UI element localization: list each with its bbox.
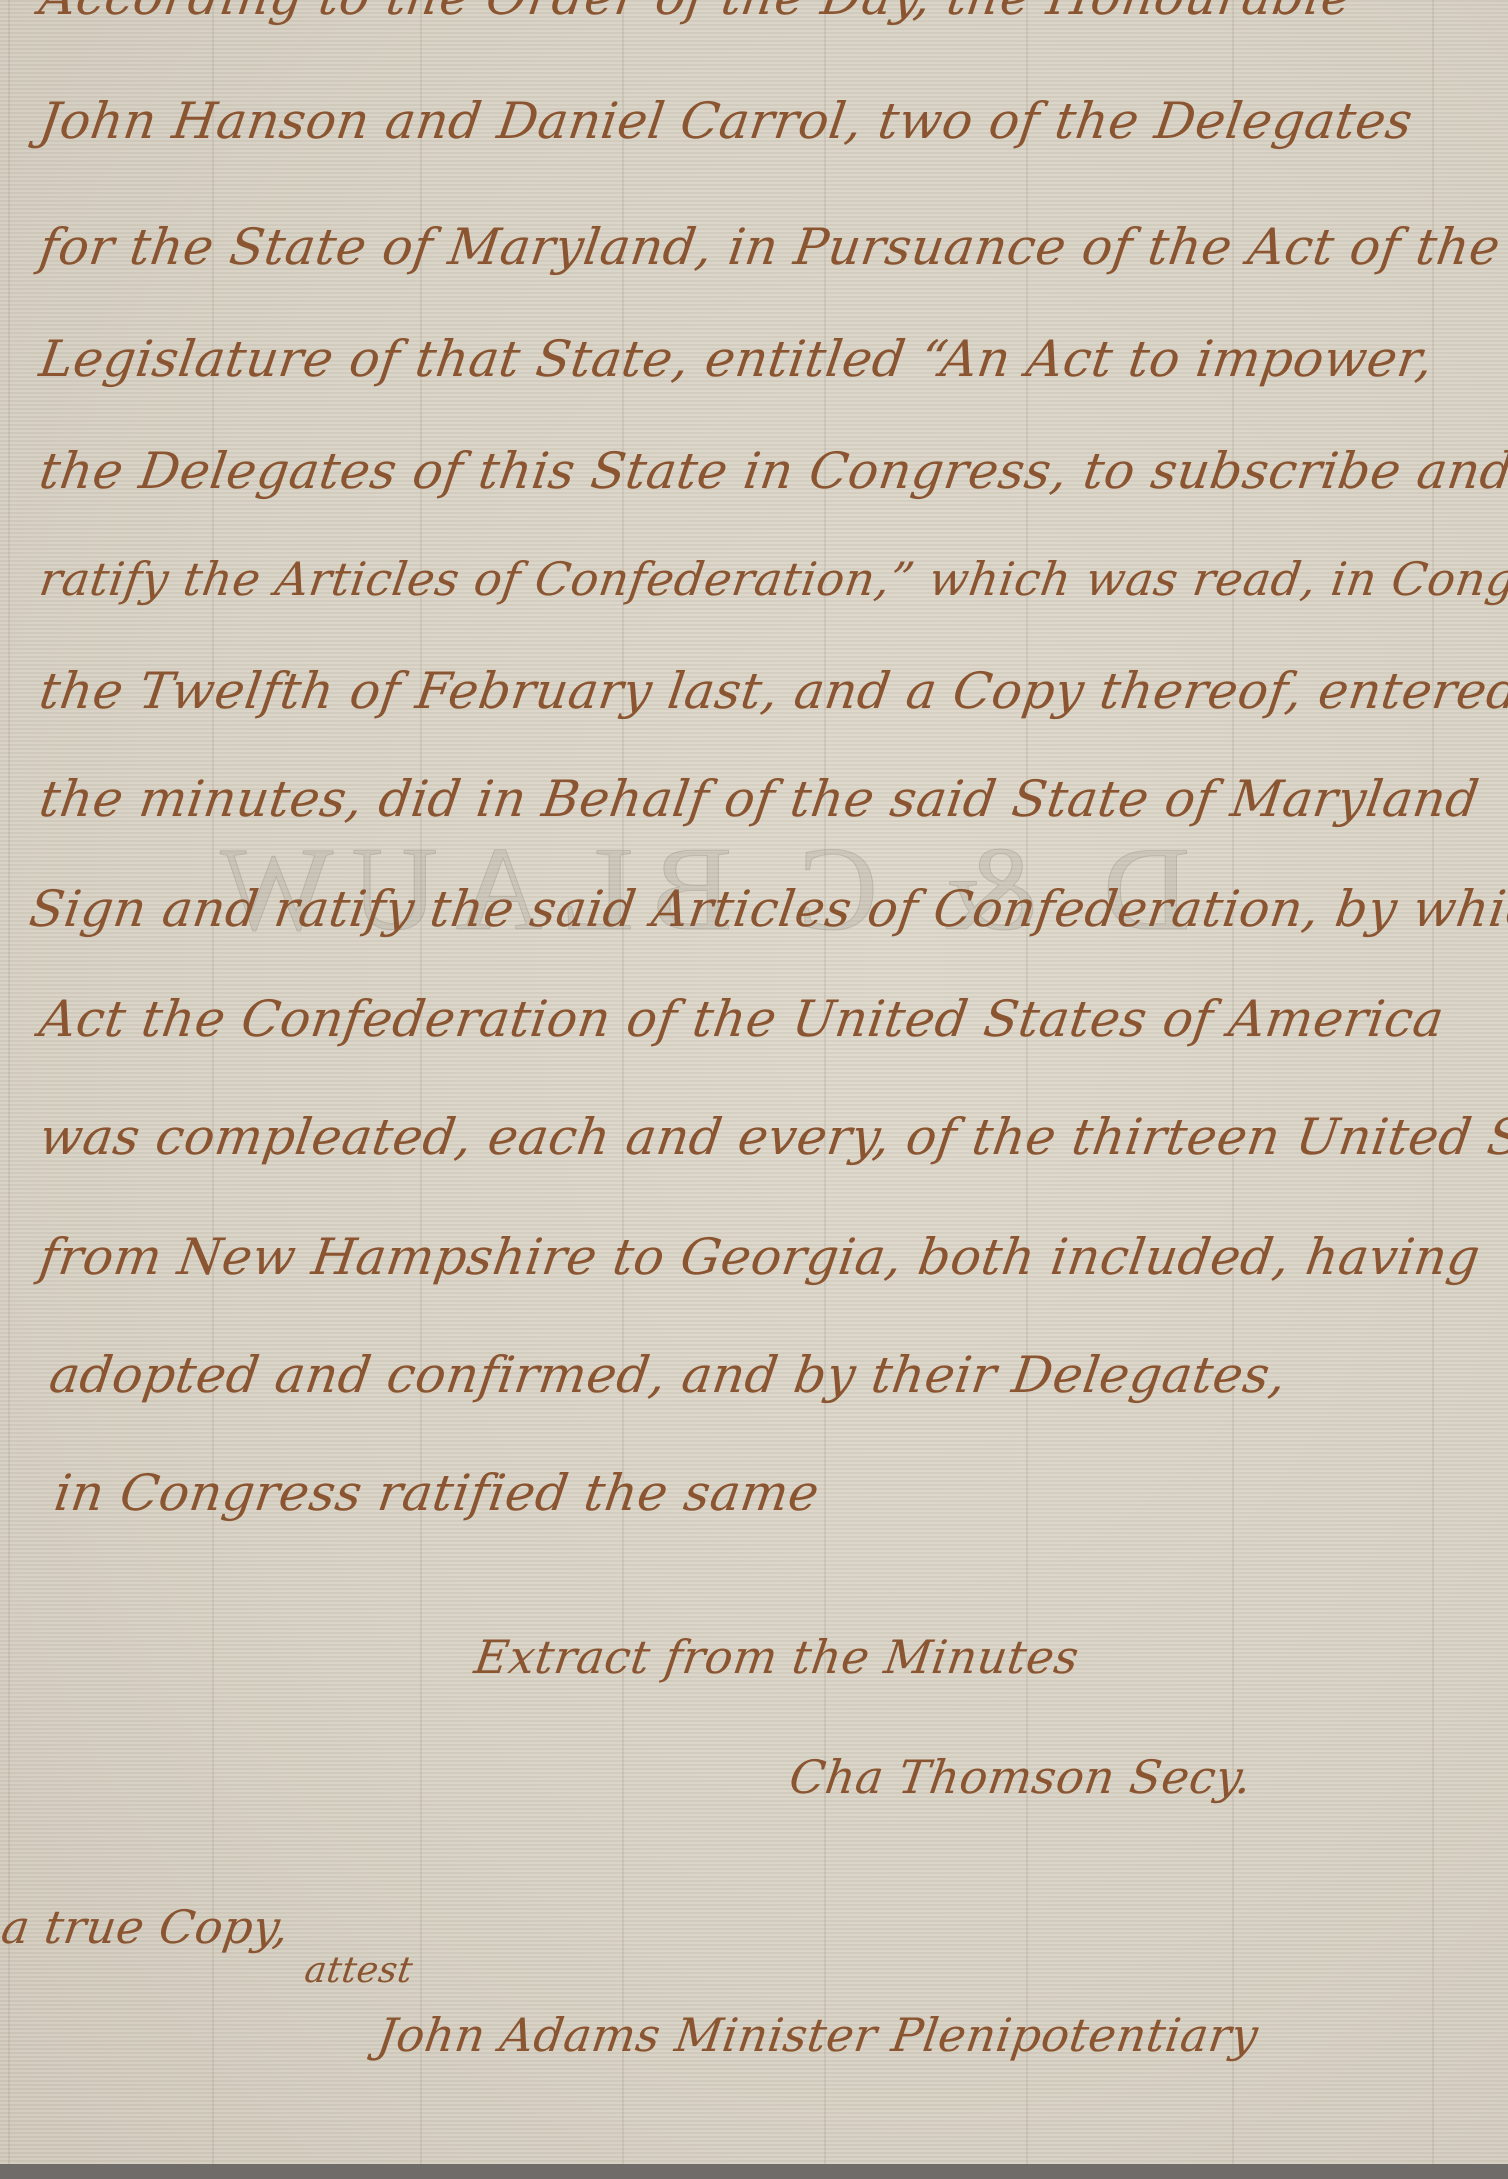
chain-line	[1232, 0, 1234, 2164]
chain-line	[212, 0, 214, 2164]
body-line-12: from New Hampshire to Georgia, both incl…	[36, 1228, 1484, 1286]
chain-line	[1432, 0, 1434, 2164]
secretary-signature: Cha Thomson Secy.	[786, 1750, 1255, 1804]
scan-edge	[0, 2164, 1508, 2179]
chain-line	[1026, 0, 1028, 2164]
extract-note: Extract from the Minutes	[471, 1630, 1082, 1684]
body-line-11: was compleated, each and every, of the t…	[36, 1108, 1508, 1166]
body-line-14: in Congress ratified the same	[51, 1464, 823, 1522]
body-line-7: the Twelfth of February last, and a Copy…	[36, 662, 1508, 720]
chain-line	[622, 0, 624, 2164]
chain-line	[8, 0, 10, 2164]
chain-line	[420, 0, 422, 2164]
body-line-6: ratify the Articles of Confederation,” w…	[36, 552, 1508, 606]
body-line-10: Act the Confederation of the United Stat…	[36, 990, 1448, 1048]
body-line-3: for the State of Maryland, in Pursuance …	[36, 218, 1504, 276]
true-copy-note: a true Copy,	[0, 1900, 293, 1954]
body-line-4: Legislature of that State, entitled “An …	[36, 330, 1437, 388]
adams-signature: John Adams Minister Plenipotentiary	[374, 2008, 1261, 2062]
body-line-5: the Delegates of this State in Congress,…	[36, 442, 1508, 500]
manuscript-page: D & C BLAUW According to the Order of th…	[0, 0, 1508, 2164]
body-line-8: the minutes, did in Behalf of the said S…	[36, 770, 1483, 828]
body-line-9: Sign and ratify the said Articles of Con…	[26, 880, 1508, 938]
chain-line	[824, 0, 826, 2164]
attest-note: attest	[302, 1950, 415, 1991]
body-line-2: John Hanson and Daniel Carrol, two of th…	[36, 92, 1416, 150]
body-line-1: According to the Order of the Day, the H…	[36, 0, 1356, 26]
body-line-13: adopted and confirmed, and by their Dele…	[46, 1346, 1290, 1404]
